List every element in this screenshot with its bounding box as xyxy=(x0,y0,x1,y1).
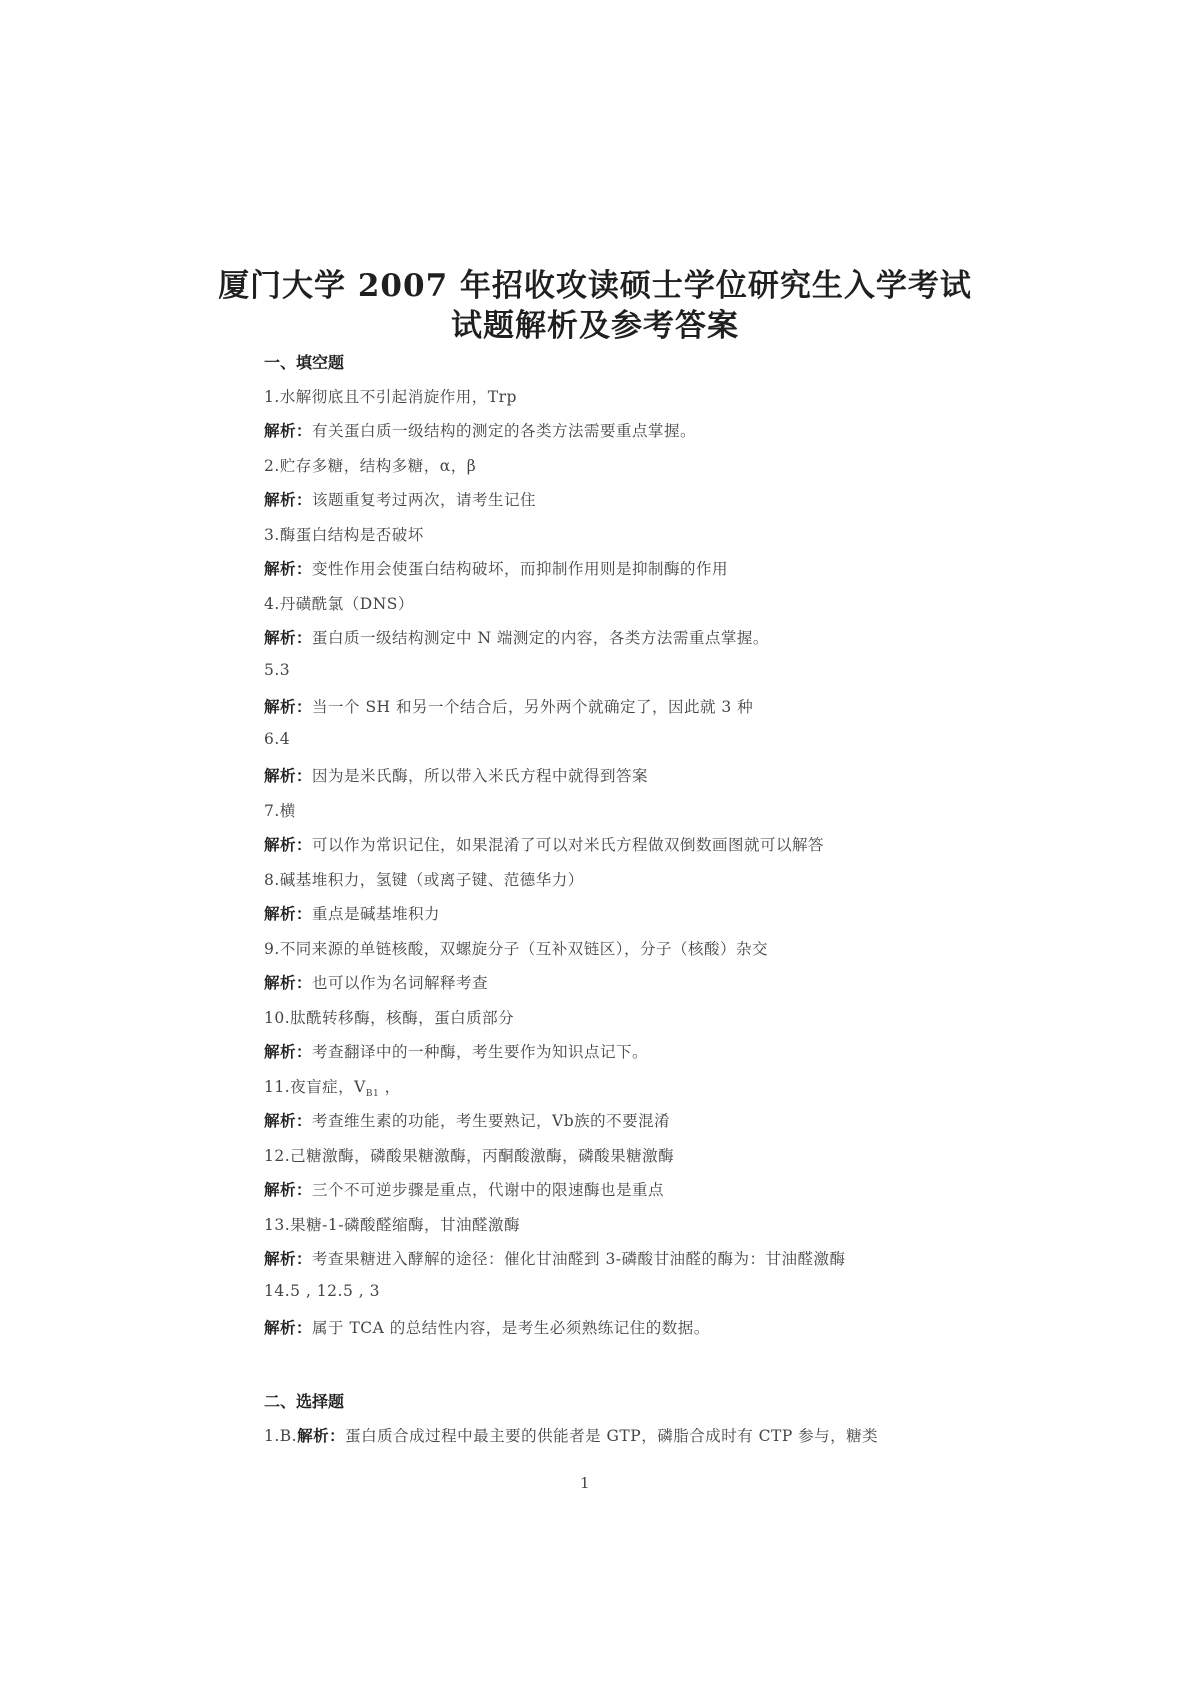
analysis-text: 可以作为常识记住，如果混淆了可以对米氏方程做双倒数画图就可以解答 xyxy=(312,836,824,854)
analysis-label: 解析： xyxy=(264,490,312,509)
analysis-line: 解析：也可以作为名词解释考查 xyxy=(264,971,488,993)
analysis-label: 解析： xyxy=(264,1042,312,1061)
section-heading-multiple-choice: 二、选择题 xyxy=(264,1389,344,1412)
analysis-line: 解析：变性作用会使蛋白结构破坏，而抑制作用则是抑制酶的作用 xyxy=(264,557,728,579)
analysis-line: 解析：该题重复考过两次，请考生记住 xyxy=(264,488,536,510)
answer-line: 12.己糖激酶，磷酸果糖激酶，丙酮酸激酶，磷酸果糖激酶 xyxy=(264,1144,674,1166)
analysis-text: 也可以作为名词解释考查 xyxy=(312,974,488,992)
answer-line: 8.碱基堆积力，氢键（或离子键、范德华力） xyxy=(264,868,584,890)
answer-line: 7.横 xyxy=(264,799,296,821)
answer-line: 1.B.解析：蛋白质合成过程中最主要的供能者是 GTP，磷脂合成时有 CTP 参… xyxy=(264,1424,878,1446)
analysis-line: 解析：考查翻译中的一种酶，考生要作为知识点记下。 xyxy=(264,1040,648,1062)
analysis-label: 解析： xyxy=(264,1249,312,1268)
analysis-label: 解析： xyxy=(264,1318,312,1337)
analysis-label: 解析： xyxy=(297,1426,345,1445)
analysis-label: 解析： xyxy=(264,1180,312,1199)
analysis-line: 解析：重点是碱基堆积力 xyxy=(264,902,440,924)
analysis-label: 解析： xyxy=(264,559,312,578)
page-number: 1 xyxy=(580,1474,590,1492)
analysis-label: 解析： xyxy=(264,628,312,647)
analysis-label: 解析： xyxy=(264,1111,312,1130)
answer-line: 9.不同来源的单链核酸，双螺旋分子（互补双链区），分子（核酸）杂交 xyxy=(264,937,768,959)
analysis-text: 当一个 SH 和另一个结合后，另外两个就确定了，因此就 3 种 xyxy=(312,698,753,716)
analysis-label: 解析： xyxy=(264,421,312,440)
answer-line: 13.果糖-1-磷酸醛缩酶，甘油醛激酶 xyxy=(264,1213,520,1235)
answer-text: 1.B. xyxy=(264,1427,297,1445)
analysis-label: 解析： xyxy=(264,835,312,854)
answer-line: 11.夜盲症，VB1 ， xyxy=(264,1075,401,1099)
analysis-text: 三个不可逆步骤是重点，代谢中的限速酶也是重点 xyxy=(312,1181,664,1199)
analysis-label: 解析： xyxy=(264,904,312,923)
analysis-line: 解析：蛋白质一级结构测定中 N 端测定的内容，各类方法需重点掌握。 xyxy=(264,626,769,648)
answer-line: 3.酶蛋白结构是否破坏 xyxy=(264,523,424,545)
analysis-line: 解析：三个不可逆步骤是重点，代谢中的限速酶也是重点 xyxy=(264,1178,664,1200)
answer-text-suffix: ， xyxy=(379,1078,400,1096)
answer-subscript: B1 xyxy=(366,1089,379,1099)
analysis-label: 解析： xyxy=(264,766,312,785)
analysis-line: 解析：属于 TCA 的总结性内容，是考生必须熟练记住的数据。 xyxy=(264,1316,710,1338)
answer-line: 2.贮存多糖，结构多糖，α，β xyxy=(264,454,476,476)
analysis-text: 考查果糖进入酵解的途径：催化甘油醛到 3-磷酸甘油醛的酶为：甘油醛激酶 xyxy=(312,1250,846,1268)
analysis-text: 蛋白质合成过程中最主要的供能者是 GTP，磷脂合成时有 CTP 参与，糖类 xyxy=(345,1427,878,1445)
analysis-line: 解析：当一个 SH 和另一个结合后，另外两个就确定了，因此就 3 种 xyxy=(264,695,753,717)
analysis-text: 考查翻译中的一种酶，考生要作为知识点记下。 xyxy=(312,1043,648,1061)
analysis-line: 解析：有关蛋白质一级结构的测定的各类方法需要重点掌握。 xyxy=(264,419,696,441)
document-title-line1: 厦门大学 2007 年招收攻读硕士学位研究生入学考试 xyxy=(0,260,1190,305)
answer-text: 11.夜盲症，V xyxy=(264,1078,366,1096)
answer-line: 5.3 xyxy=(264,661,290,679)
analysis-text: 属于 TCA 的总结性内容，是考生必须熟练记住的数据。 xyxy=(312,1319,710,1337)
answer-line: 1.水解彻底且不引起消旋作用，Trp xyxy=(264,385,517,407)
answer-line: 10.肽酰转移酶，核酶，蛋白质部分 xyxy=(264,1006,514,1028)
analysis-label: 解析： xyxy=(264,973,312,992)
analysis-line: 解析：考查果糖进入酵解的途径：催化甘油醛到 3-磷酸甘油醛的酶为：甘油醛激酶 xyxy=(264,1247,846,1269)
analysis-line: 解析：考查维生素的功能，考生要熟记，Vb族的不要混淆 xyxy=(264,1109,670,1131)
analysis-text: 变性作用会使蛋白结构破坏，而抑制作用则是抑制酶的作用 xyxy=(312,560,728,578)
analysis-label: 解析： xyxy=(264,697,312,716)
answer-line: 14.5 , 12.5 , 3 xyxy=(264,1282,380,1300)
analysis-text: 该题重复考过两次，请考生记住 xyxy=(312,491,536,509)
document-title-line2: 试题解析及参考答案 xyxy=(0,300,1190,345)
analysis-text: 重点是碱基堆积力 xyxy=(312,905,440,923)
answer-line: 4.丹磺酰氯（DNS） xyxy=(264,592,414,614)
analysis-text: 考查维生素的功能，考生要熟记，Vb族的不要混淆 xyxy=(312,1112,670,1130)
analysis-text: 蛋白质一级结构测定中 N 端测定的内容，各类方法需重点掌握。 xyxy=(312,629,769,647)
analysis-text: 因为是米氏酶，所以带入米氏方程中就得到答案 xyxy=(312,767,648,785)
analysis-text: 有关蛋白质一级结构的测定的各类方法需要重点掌握。 xyxy=(312,422,696,440)
answer-line: 6.4 xyxy=(264,730,290,748)
section-heading-fill-in: 一、填空题 xyxy=(264,350,344,373)
analysis-line: 解析：因为是米氏酶，所以带入米氏方程中就得到答案 xyxy=(264,764,648,786)
analysis-line: 解析：可以作为常识记住，如果混淆了可以对米氏方程做双倒数画图就可以解答 xyxy=(264,833,824,855)
